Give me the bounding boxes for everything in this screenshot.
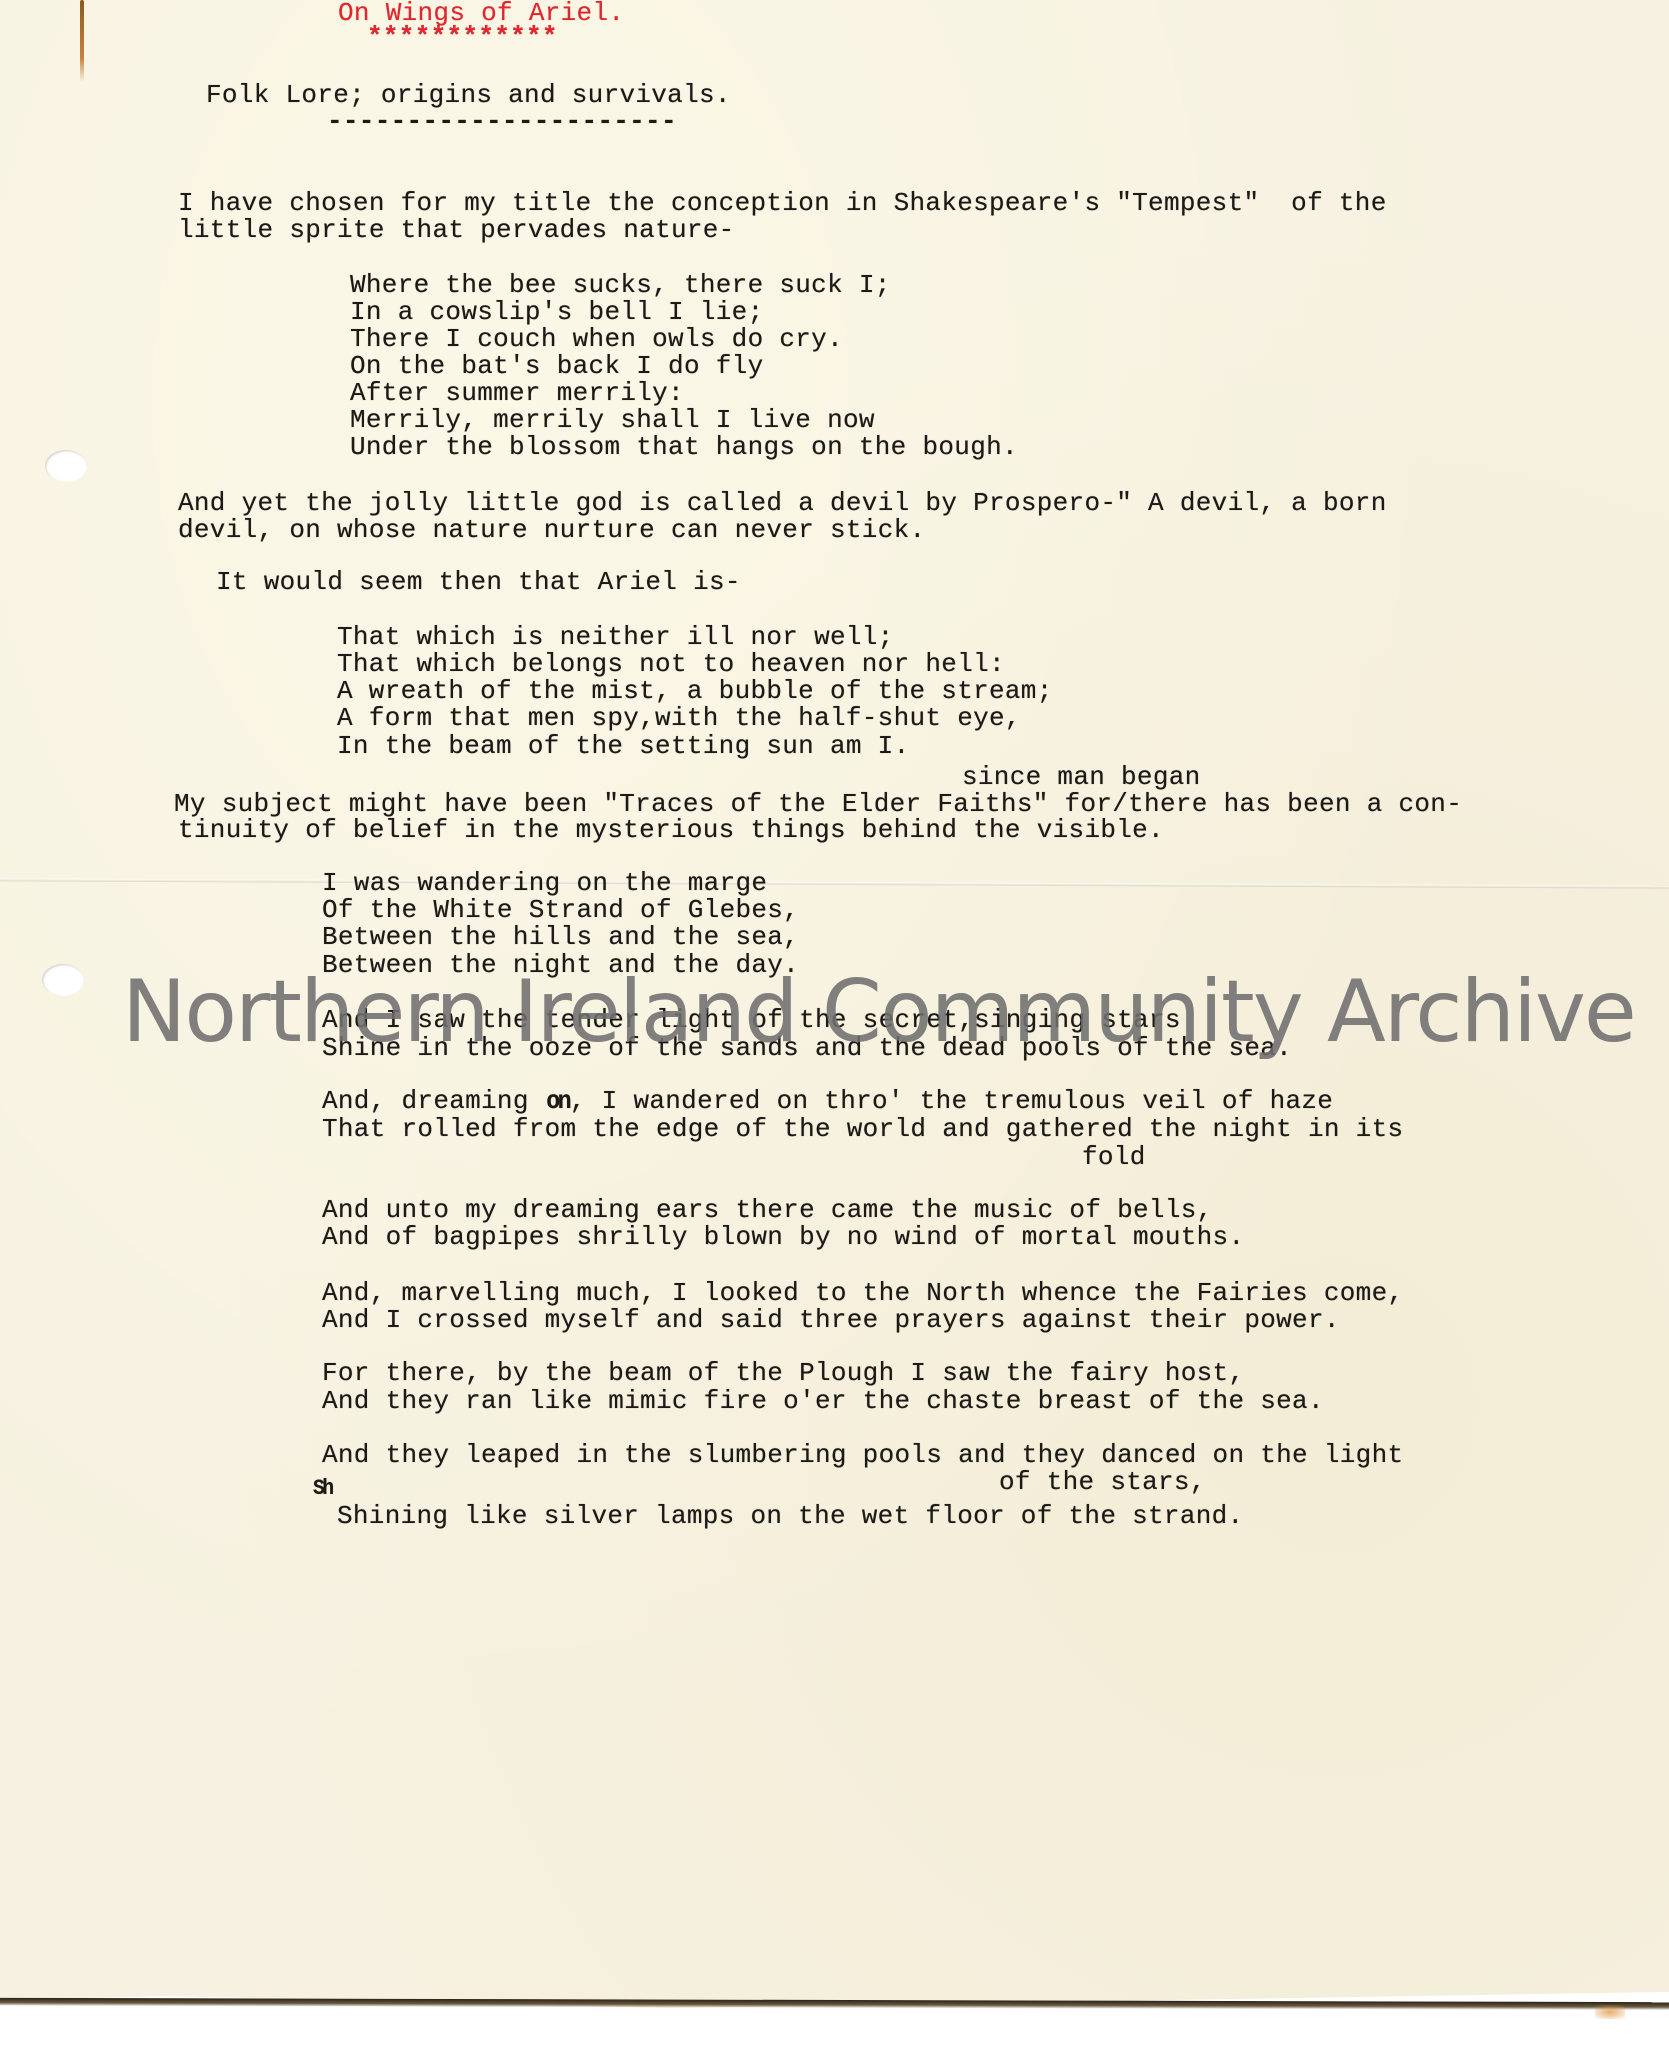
- verse-line: For there, by the beam of the Plough I s…: [322, 1358, 1244, 1388]
- struck-out-word: on: [546, 1086, 569, 1116]
- intro-line-2: little sprite that pervades nature-: [178, 215, 735, 245]
- verse-line: There I couch when owls do cry.: [350, 324, 843, 354]
- text-fragment: And, dreaming: [322, 1086, 545, 1116]
- verse-line: Under the blossom that hangs on the boug…: [350, 432, 1018, 462]
- verse-line-wrap: fold: [1082, 1142, 1146, 1172]
- paper-sheet: [0, 0, 1669, 2008]
- punch-hole-bottom: [42, 964, 84, 996]
- verse-line: Where the bee sucks, there suck I;: [350, 270, 891, 300]
- ariel-is-line: It would seem then that Ariel is-: [216, 567, 741, 597]
- verse-line: Between the hills and the sea,: [322, 922, 799, 952]
- verse-line: On the bat's back I do fly: [350, 351, 763, 381]
- verse-line-wrap: of the stars,: [999, 1467, 1206, 1497]
- verse-line: That which belongs not to heaven nor hel…: [337, 649, 1005, 679]
- verse-line: That rolled from the edge of the world a…: [322, 1114, 1403, 1144]
- prospero-line-1: And yet the jolly little god is called a…: [178, 488, 1387, 518]
- intro-line-1: I have chosen for my title the conceptio…: [178, 188, 1387, 218]
- verse-line: In a cowslip's bell I lie;: [350, 297, 763, 327]
- paper-bottom-edge: [0, 1998, 1669, 2010]
- verse-line: And unto my dreaming ears there came the…: [322, 1195, 1213, 1225]
- subject-line-2: tinuity of belief in the mysterious thin…: [178, 815, 1164, 845]
- verse-line: I was wandering on the marge: [322, 868, 767, 898]
- verse-line: A wreath of the mist, a bubble of the st…: [337, 676, 1053, 706]
- verse-line-dreaming: And, dreaming on, I wandered on thro' th…: [322, 1086, 1333, 1116]
- verse-line: And I saw the tender light of the secret…: [322, 1005, 1181, 1035]
- verse-line: And they ran like mimic fire o'er the ch…: [322, 1386, 1324, 1416]
- verse-line: Merrily, merrily shall I live now: [350, 405, 875, 435]
- struck-out-mark: Sh: [313, 1474, 331, 1504]
- verse-line: That which is neither ill nor well;: [337, 622, 894, 652]
- verse-line: Shine in the ooze of the sands and the d…: [322, 1033, 1292, 1063]
- verse-line: And of bagpipes shrilly blown by no wind…: [322, 1222, 1244, 1252]
- verse-line: Shining like silver lamps on the wet flo…: [337, 1501, 1243, 1531]
- verse-line: In the beam of the setting sun am I.: [337, 731, 910, 761]
- insertion-since-man-began: since man began: [962, 762, 1201, 792]
- rust-stain: [80, 0, 84, 82]
- punch-hole-top: [45, 450, 87, 482]
- verse-line: After summer merrily:: [350, 378, 684, 408]
- verse-line: And I crossed myself and said three pray…: [322, 1305, 1340, 1335]
- verse-line: A form that men spy,with the half-shut e…: [337, 703, 1021, 733]
- prospero-line-2: devil, on whose nature nurture can never…: [178, 515, 925, 545]
- subtitle-underline: ----------------------: [327, 106, 677, 136]
- verse-line: And they leaped in the slumbering pools …: [322, 1440, 1403, 1470]
- title-underline: ************: [367, 22, 558, 52]
- verse-line: Between the night and the day.: [322, 950, 799, 980]
- corner-stain: [1595, 2005, 1625, 2019]
- verse-line: And, marvelling much, I looked to the No…: [322, 1278, 1403, 1308]
- verse-line: Of the White Strand of Glebes,: [322, 895, 799, 925]
- text-fragment: , I wandered on thro' the tremulous veil…: [570, 1086, 1333, 1116]
